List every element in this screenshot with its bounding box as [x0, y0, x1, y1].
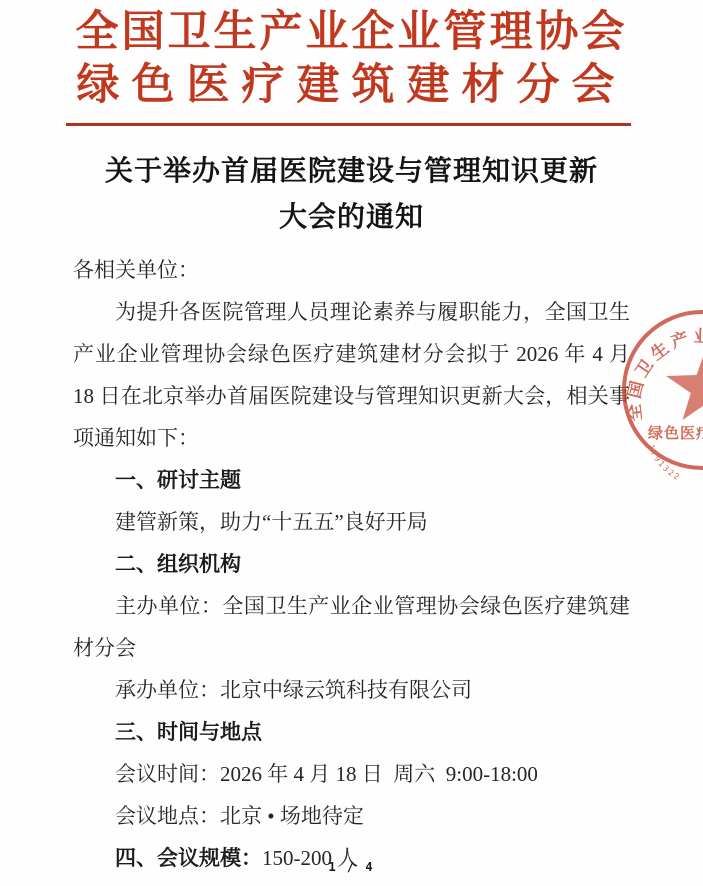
section-heading-time-place: 三、时间与地点 — [73, 711, 630, 753]
header-divider — [66, 123, 631, 126]
organizer-unit-line: 承办单位：北京中绿云筑科技有限公司 — [73, 669, 630, 711]
document-title: 关于举办首届医院建设与管理知识更新 大会的通知 — [0, 149, 703, 241]
document-page: 全国卫生产业企业管理协会 绿色医疗建筑建材分会 关于举办首届医院建设与管理知识更… — [0, 0, 703, 886]
document-body: 各相关单位： 为提升各医院管理人员理论素养与履职能力，全国卫生产业企业管理协会绿… — [0, 249, 703, 879]
meeting-time-line: 会议时间：2026 年 4 月 18 日 周六 9:00-18:00 — [73, 753, 630, 795]
topic-line: 建管新策，助力“十五五”良好开局 — [73, 501, 630, 543]
page-number: 1 / 4 — [0, 860, 703, 874]
section-heading-organization: 二、组织机构 — [73, 543, 630, 585]
host-unit-line: 主办单位：全国卫生产业企业管理协会绿色医疗建筑建材分会 — [73, 585, 630, 669]
meeting-venue-line: 会议地点：北京 • 场地待定 — [73, 795, 630, 837]
intro-paragraph: 为提升各医院管理人员理论素养与履职能力，全国卫生产业企业管理协会绿色医疗建筑建材… — [73, 291, 630, 459]
document-title-line-2: 大会的通知 — [0, 195, 703, 241]
document-title-line-1: 关于举办首届医院建设与管理知识更新 — [0, 149, 703, 195]
org-name-line-2: 绿色医疗建筑建材分会 — [0, 59, 703, 112]
letterhead: 全国卫生产业企业管理协会 绿色医疗建筑建材分会 — [0, 0, 703, 126]
section-heading-topic: 一、研讨主题 — [73, 459, 630, 501]
org-name-line-1: 全国卫生产业企业管理协会 — [0, 6, 703, 59]
salutation: 各相关单位： — [73, 249, 630, 291]
